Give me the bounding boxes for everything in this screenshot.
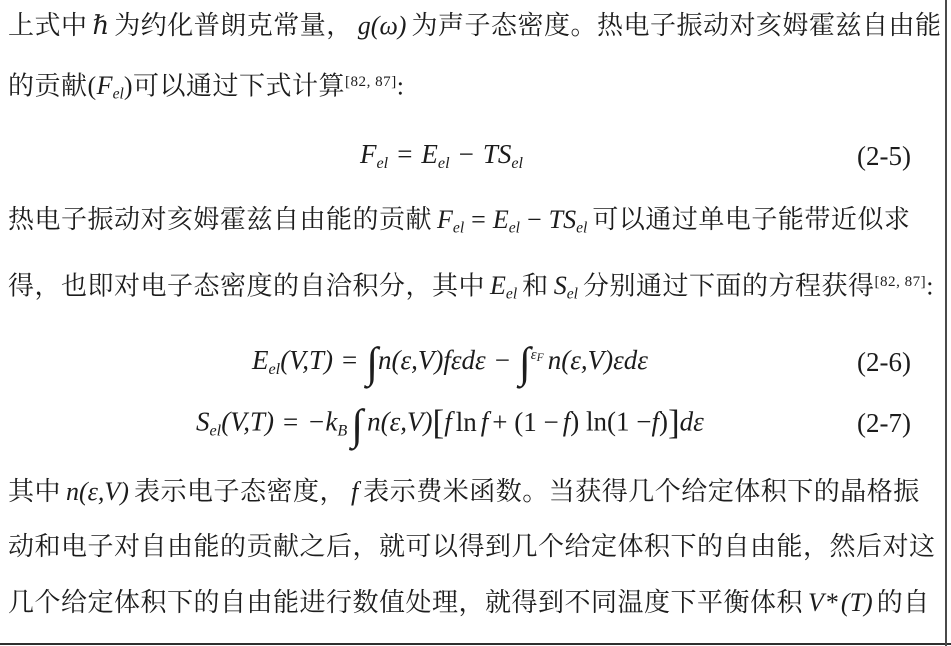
left-bracket: [ [433,403,445,442]
phonon-dos-math: g(ω) [358,11,407,40]
body-text: : [926,271,934,300]
equation-2-5: Fel=Eel−TSel (2-5) [8,134,941,178]
document-page: 上式中ℏ为约化普朗克常量，g(ω)为声子态密度。热电子振动对亥姆霍兹自由能 的贡… [0,0,951,646]
text-line-2: 的贡献(Fel)可以通过下式计算[82, 87]: [8,64,941,113]
body-text: 热电子振动对亥姆霍兹自由能的贡献 [8,205,432,234]
body-text: 几个给定体积下的自由能进行数值处理，就得到不同温度下平衡体积 [8,588,803,617]
body-text: 和 [522,271,549,300]
equation-2-6-body: Eel(V,T)=∫n(ε,V)fεdε−∫εFn(ε,V)εdε [252,347,648,377]
integral-sign: ∫ [519,340,531,387]
body-text: 上式中 [8,11,88,40]
citation-ref: [82, 87] [874,274,926,290]
bottom-border-line [0,643,951,645]
body-text: 得，也即对电子态密度的自洽积分，其中 [8,271,485,300]
integral-sign: ∫ [351,402,363,449]
body-text: : [397,71,405,100]
body-text: 的自 [877,588,930,617]
equation-2-7-body: Sel(V,T)=−kB∫n(ε,V)[flnf+ (1 −f) ln(1 −f… [196,405,704,440]
text-line-4: 得，也即对电子态密度的自洽积分，其中Eel和Sel分别通过下面的方程获得[82,… [8,264,941,313]
text-line-3: 热电子振动对亥姆霍兹自由能的贡献Fel=Eel−TSel可以通过单电子能带近似求 [8,202,941,247]
body-text: 为声子态密度。热电子振动对亥姆霍兹自由能 [411,11,941,40]
body-text: 其中 [8,477,61,506]
E-el-math: Eel [490,271,517,300]
citation-ref: [82, 87] [345,74,397,90]
dos-function-math: n(ε,V) [66,477,129,506]
body-text: 表示电子态密度， [134,477,346,506]
body-text: )可以通过下式计算 [124,71,345,100]
text-line-7: 几个给定体积下的自由能进行数值处理，就得到不同温度下平衡体积V*(T)的自 [8,585,941,621]
text-line-1: 上式中ℏ为约化普朗克常量，g(ω)为声子态密度。热电子振动对亥姆霍兹自由能 [8,8,941,44]
right-border-line [945,0,947,646]
integral-sign: ∫ [366,340,378,387]
body-text: 分别通过下面的方程获得 [583,271,875,300]
F-el-math: Fel [97,71,124,100]
body-text: 为约化普朗克常量， [114,11,353,40]
body-text: 动和电子对自由能的贡献之后，就可以得到几个给定体积下的自由能，然后对这 [8,532,936,561]
hbar-symbol: ℏ [93,11,110,40]
equation-number: (2-5) [857,143,941,170]
fermi-energy-limit: εF [531,347,544,363]
equation-2-5-body: Fel=Eel−TSel [360,141,523,171]
inline-equation-F-E-TS: Fel=Eel−TSel [437,205,587,234]
body-text: 的贡献( [8,71,97,100]
equation-number: (2-7) [857,410,941,437]
right-bracket: ] [668,403,680,442]
body-text: 可以通过单电子能带近似求 [592,205,910,234]
equilibrium-volume-math: V*(T) [808,588,873,617]
S-el-math: Sel [554,271,578,300]
body-text: 表示费米函数。当获得几个给定体积下的晶格振 [363,477,920,506]
equation-number: (2-6) [857,349,941,376]
equation-2-7: Sel(V,T)=−kB∫n(ε,V)[flnf+ (1 −f) ln(1 −f… [8,398,941,448]
fermi-function-math: f [351,477,358,506]
text-line-5: 其中n(ε,V)表示电子态密度，f表示费米函数。当获得几个给定体积下的晶格振 [8,474,941,510]
text-line-6: 动和电子对自由能的贡献之后，就可以得到几个给定体积下的自由能，然后对这 [8,529,941,565]
equation-2-6: Eel(V,T)=∫n(ε,V)fεdε−∫εFn(ε,V)εdε (2-6) [8,336,941,388]
